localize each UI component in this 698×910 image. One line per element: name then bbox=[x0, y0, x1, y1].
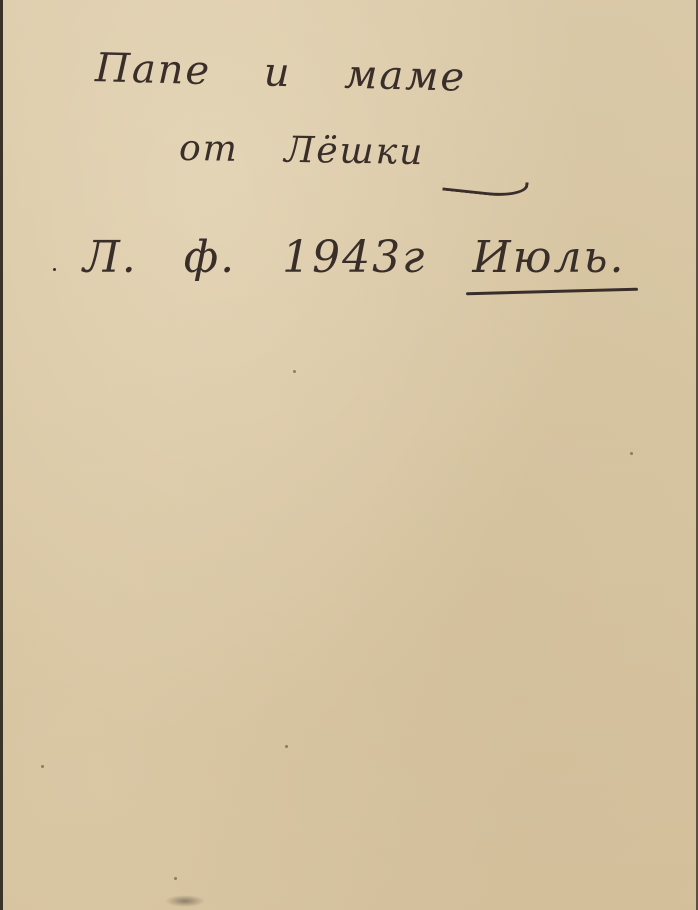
word-papa: Папе bbox=[94, 45, 211, 94]
word-front-abbrev-f: ф. bbox=[184, 232, 236, 283]
date-month: Июль. bbox=[472, 232, 625, 283]
paper-speck bbox=[174, 877, 177, 880]
word-mama: маме bbox=[344, 52, 467, 101]
inscription-line-2: от Лёшки bbox=[179, 128, 425, 173]
paper-speck bbox=[293, 370, 296, 373]
photo-back-card: Папе и маме от Лёшки Л. ф. 1943г Июль. bbox=[0, 0, 698, 910]
paper-speck bbox=[285, 745, 288, 748]
signature-flourish bbox=[442, 174, 528, 200]
paper-speck bbox=[630, 452, 633, 455]
paper-speck bbox=[41, 765, 44, 768]
ink-smudge bbox=[165, 895, 205, 907]
date-year: 1943г bbox=[282, 232, 426, 283]
word-and: и bbox=[263, 50, 292, 97]
ink-dot bbox=[53, 268, 56, 271]
word-name: Лёшки bbox=[284, 130, 425, 173]
word-from: от bbox=[179, 128, 240, 170]
inscription-line-1: Папе и маме bbox=[94, 45, 466, 101]
inscription-line-3: Л. ф. 1943г Июль. bbox=[83, 232, 625, 283]
month-underline bbox=[466, 288, 638, 296]
word-front-abbrev-l: Л. bbox=[83, 232, 138, 283]
